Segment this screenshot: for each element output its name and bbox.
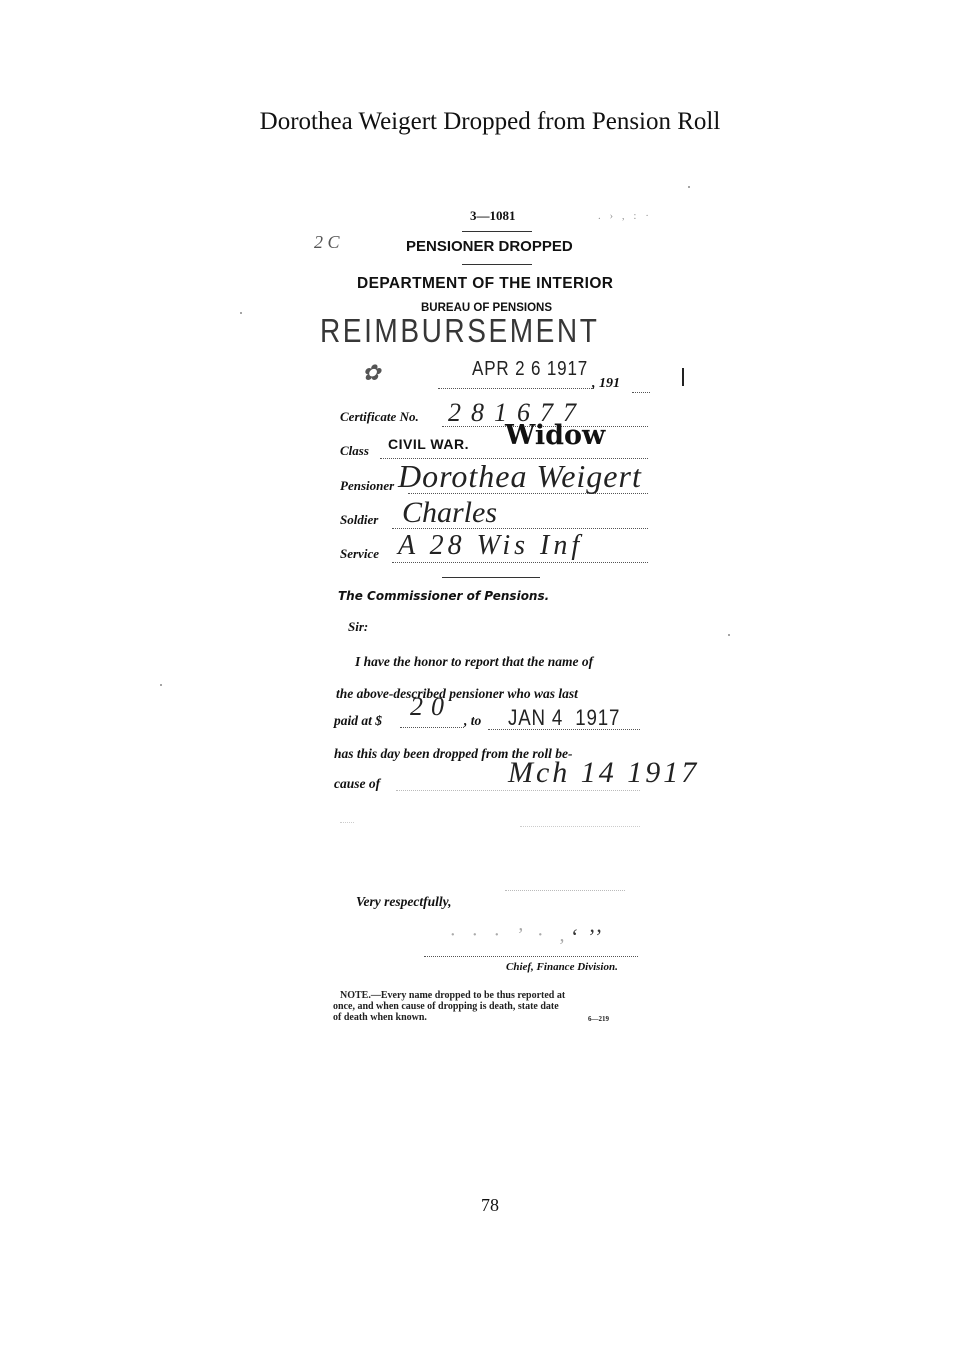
- paid-amount-line: [400, 727, 464, 728]
- signature-mark: ‘ ’’: [570, 924, 603, 950]
- reimbursement-stamp: REIMBURSEMENT: [320, 312, 599, 350]
- date-stamp: APR 2 6 1917: [472, 358, 588, 381]
- soldier-label: Soldier: [340, 512, 378, 528]
- class-printed: CIVIL WAR.: [388, 436, 469, 452]
- body-line-2: the above-described pensioner who was la…: [336, 686, 578, 702]
- scan-speck: [160, 684, 162, 686]
- note-line-1: NOTE.—Every name dropped to be thus repo…: [340, 990, 565, 1001]
- date-line: [438, 388, 594, 389]
- scan-speck: [240, 312, 242, 314]
- form-number: 3—1081: [470, 208, 516, 224]
- scan-speck: [728, 634, 730, 636]
- faint-marks: . › , : ·: [598, 210, 652, 222]
- page-title: Dorothea Weigert Dropped from Pension Ro…: [0, 108, 980, 136]
- paid-at-label: paid at $: [334, 713, 382, 729]
- paid-to-label: , to: [464, 713, 481, 729]
- cause-line: [396, 790, 640, 791]
- page-number: 78: [0, 1195, 980, 1216]
- form-heading: PENSIONER DROPPED: [406, 238, 573, 255]
- class-value: Widow: [505, 420, 605, 451]
- addressee: The Commissioner of Pensions.: [338, 589, 549, 603]
- pensioner-value: Dorothea Weigert: [398, 458, 642, 495]
- cause-value: Mch 14 1917: [508, 756, 699, 790]
- signature-title: Chief, Finance Division.: [506, 961, 618, 973]
- closing: Very respectfully,: [356, 894, 451, 910]
- paid-to-date-stamp: JAN 4 1917: [508, 705, 620, 731]
- edge-mark: [682, 368, 684, 386]
- body-line-1: I have the honor to report that the name…: [355, 654, 593, 670]
- paid-amount-value: 20: [410, 692, 452, 722]
- blank-line: [520, 826, 640, 827]
- certificate-label: Certificate No.: [340, 409, 419, 425]
- divider: [462, 231, 532, 232]
- pensioner-label: Pensioner: [340, 478, 394, 494]
- class-label: Class: [340, 443, 369, 459]
- soldier-value: Charles: [402, 496, 497, 530]
- salutation: Sir:: [348, 619, 368, 635]
- scan-speck: [688, 186, 690, 188]
- margin-mark: ✿: [362, 360, 380, 386]
- note-code: 6—219: [588, 1014, 609, 1025]
- note-line-2: once, and when cause of dropping is deat…: [333, 1001, 559, 1012]
- service-label: Service: [340, 546, 379, 562]
- note-line-3: of death when known.: [333, 1012, 427, 1023]
- service-value: A 28 Wis Inf: [398, 530, 583, 562]
- body-line-5: cause of: [334, 776, 380, 792]
- blank-line: [340, 822, 354, 823]
- date-suffix: , 191: [592, 376, 620, 392]
- date-suffix-line: [632, 392, 650, 393]
- blank-line: [505, 890, 625, 891]
- margin-note: 2 C: [314, 232, 340, 253]
- divider: [442, 577, 540, 578]
- department-heading: DEPARTMENT OF THE INTERIOR: [357, 275, 613, 293]
- signature-line: [424, 956, 638, 957]
- divider: [462, 264, 532, 265]
- service-line: [392, 562, 648, 563]
- signature-faded: · · · ’ · ,: [450, 924, 570, 947]
